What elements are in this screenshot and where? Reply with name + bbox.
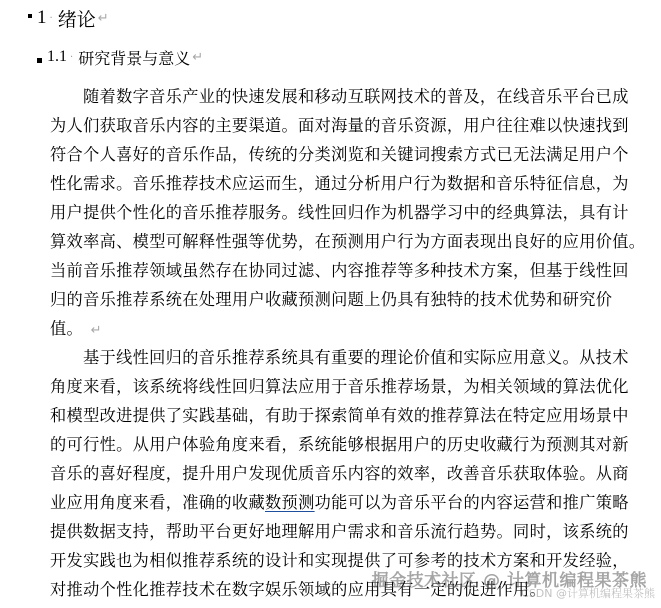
text-line: 用户提供个性化的音乐推荐服务。线性回归作为机器学习中的经典算法，具有计 [50,198,636,227]
heading-2-number: 1.1 [47,48,67,66]
text-line: 基于线性回归的音乐推荐系统具有重要的理论价值和实际应用意义。从技术 [50,343,636,372]
paragraph-2[interactable]: 基于线性回归的音乐推荐系统具有重要的理论价值和实际应用意义。从技术 角度来看，该… [50,343,636,604]
heading-2[interactable]: 1.1 · 研究背景与意义 ↵ [37,44,203,70]
grammar-underline-text[interactable]: 数预测 [265,493,315,512]
text-line: 角度来看，该系统将线性回归算法应用于音乐推荐场景，为相关领域的算法优化 [50,372,636,401]
text-line: 算效率高、模型可解释性强等优势，在预测用户行为方面表现出良好的应用价值。 [50,227,636,256]
text-line: 性化需求。音乐推荐技术应运而生，通过分析用户行为数据和音乐特征信息，为 [50,169,636,198]
heading-2-title: 研究背景与意义 [78,46,190,69]
space-mark: · [50,13,53,24]
list-bullet-marker [37,58,42,63]
text-line: 音乐的喜好程度，提升用户发现优质音乐内容的效率，改善音乐获取体验。从商 [50,459,636,488]
text-fragment: 值。 [50,319,83,338]
watermark-secondary: CSDN @计算机编程果茶熊 [521,585,655,601]
heading-1[interactable]: 1 · 绪论 ↵ [28,4,109,32]
paragraph-mark-icon: ↵ [91,323,102,338]
heading-1-title: 绪论 [58,5,96,32]
text-line: 和模型改进提供了实践基础，有助于探索简单有效的推荐算法在特定应用场景中 [50,401,636,430]
text-line: 提供数据支持，帮助平台更好地理解用户需求和音乐流行趋势。同时，该系统的 [50,517,636,546]
paragraph-mark-icon: ↵ [192,50,203,65]
heading-1-number: 1 [37,7,47,29]
paragraph-mark-icon: ↵ [98,11,109,26]
text-fragment: 功能可以为音乐平台的内容运营和推广策略 [315,493,629,512]
paragraph-1[interactable]: 随着数字音乐产业的快速发展和移动互联网技术的普及，在线音乐平台已成 为人们获取音… [50,82,636,343]
text-line: 的可行性。从用户体验角度来看，系统能够根据用户的历史收藏行为预测其对新 [50,430,636,459]
text-line: 业应用角度来看，准确的收藏数预测功能可以为音乐平台的内容运营和推广策略 [50,488,636,517]
text-line-last: 值。 ↵ [50,314,636,343]
text-line: 符合个人喜好的音乐作品，传统的分类浏览和关键词搜索方式已无法满足用户个 [50,140,636,169]
document-page: 1 · 绪论 ↵ 1.1 · 研究背景与意义 ↵ 随着数字音乐产业的快速发展和移… [0,0,661,608]
text-fragment: 业应用角度来看，准确的收藏 [50,493,265,512]
text-line: 归的音乐推荐系统在处理用户收藏预测问题上仍具有独特的技术优势和研究价 [50,285,636,314]
text-line: 当前音乐推荐领域虽然存在协同过滤、内容推荐等多种技术方案，但基于线性回 [50,256,636,285]
body-text[interactable]: 随着数字音乐产业的快速发展和移动互联网技术的普及，在线音乐平台已成 为人们获取音… [50,82,636,604]
text-line: 随着数字音乐产业的快速发展和移动互联网技术的普及，在线音乐平台已成 [50,82,636,111]
space-mark: · [70,52,73,63]
text-line: 为人们获取音乐内容的主要渠道。面对海量的音乐资源，用户往往难以快速找到 [50,111,636,140]
list-bullet-marker [28,14,32,18]
